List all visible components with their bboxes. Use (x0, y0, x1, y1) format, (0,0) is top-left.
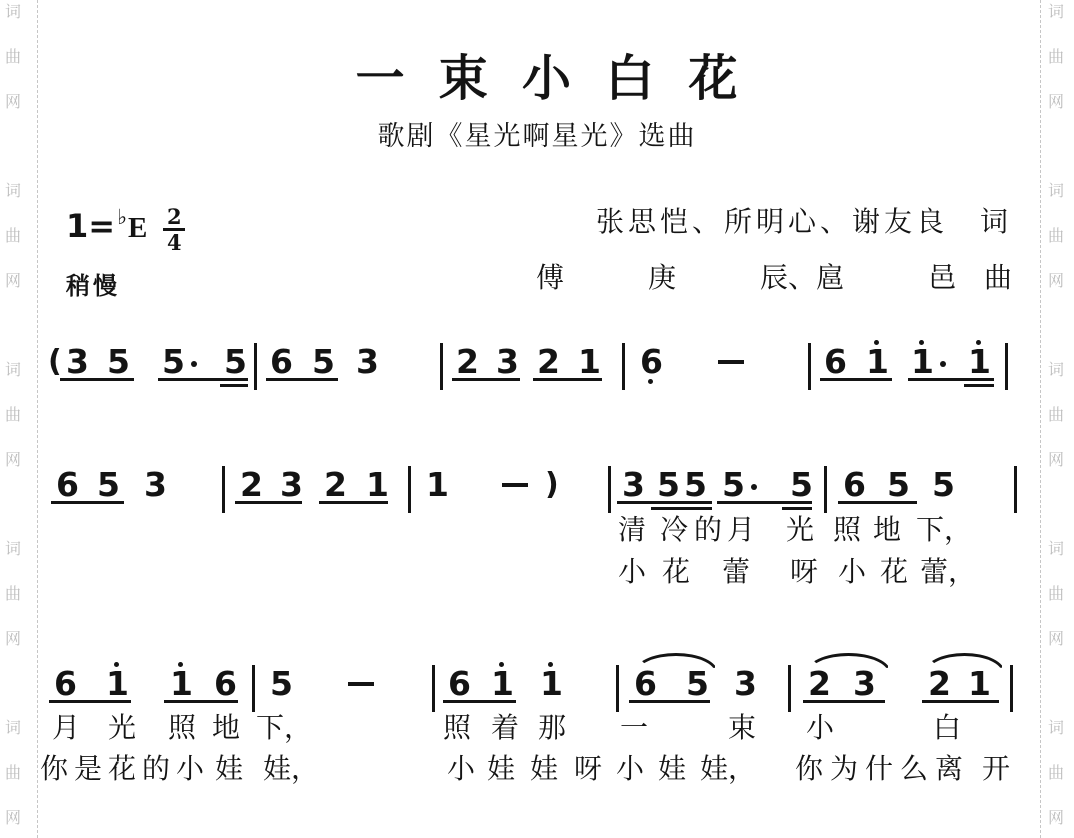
lyric-syllable: 地 (873, 516, 901, 546)
barline (432, 665, 435, 712)
lyric-syllable: 地 (212, 714, 240, 744)
watermark-text: 网 (5, 453, 21, 469)
time-signature: 2 4 (163, 206, 185, 253)
lyric-syllable: 照 (443, 714, 471, 744)
octave-dot-high (178, 662, 183, 667)
barline (808, 343, 811, 390)
credits-block: 张思恺、所明心、谢友良 词 傅 庚 辰、扈 邑 曲 (536, 200, 1012, 296)
duration-dash (502, 483, 528, 487)
lyric-syllable: 开 (982, 755, 1010, 785)
beam-underline (922, 700, 999, 703)
slur-arc (806, 653, 891, 673)
lyric-syllable: 光 (786, 516, 814, 546)
key-prefix: 1= (66, 210, 115, 242)
lyric-syllable: 那 (538, 714, 566, 744)
slur-arc (924, 653, 1005, 673)
lyric-syllable: 蕾 (722, 558, 750, 588)
note-digit: 3 (734, 667, 757, 701)
lyric-syllable: 蕾， (920, 558, 976, 588)
beam-underline (838, 501, 917, 504)
lyric-syllable: 娃 (530, 755, 558, 785)
phrase-paren: ) (545, 468, 559, 502)
lyric-syllable: 你为什么离 (795, 755, 970, 785)
lyric-syllable: 照 (168, 714, 196, 744)
note-digit: 1 (866, 345, 889, 379)
barline (616, 665, 619, 712)
beam-underline (51, 501, 124, 504)
duration-dash (718, 360, 744, 364)
beam-underline (651, 507, 712, 510)
note-digit: 1 (968, 345, 991, 379)
note-digit: 1 (491, 667, 514, 701)
note-digit: 5 (107, 345, 130, 379)
watermark-text: 曲 (1048, 587, 1064, 603)
beam-underline (158, 378, 248, 381)
augmentation-dot (751, 484, 757, 490)
watermark-text: 词 (1048, 184, 1064, 200)
lyric-syllable: 月 (52, 714, 80, 744)
note-digit: 6 (54, 667, 77, 701)
lyric-syllable: 下， (916, 516, 972, 546)
key-signature: 1= ♭ E 2 4 (66, 210, 185, 253)
note-digit: 3 (622, 468, 645, 502)
watermark-text: 网 (1048, 274, 1064, 290)
lyric-syllable: 冷 (660, 516, 688, 546)
octave-dot-high (548, 662, 553, 667)
barline (254, 343, 257, 390)
barline (252, 665, 255, 712)
barline (1005, 343, 1008, 390)
lyric-syllable: 花 (662, 558, 690, 588)
note-digit: 5 (97, 468, 120, 502)
time-signature-numerator: 2 (167, 206, 182, 227)
lyric-syllable: 白 (933, 714, 961, 744)
note-digit: 5 (224, 345, 247, 379)
watermark-text: 曲 (1048, 408, 1064, 424)
note-digit: 5 (684, 468, 707, 502)
beam-underline (266, 378, 338, 381)
note-digit: 6 (824, 345, 847, 379)
note-digit: 3 (356, 345, 379, 379)
note-digit: 3 (496, 345, 519, 379)
beam-underline (452, 378, 520, 381)
octave-dot-high (976, 340, 981, 345)
time-signature-denominator: 4 (167, 232, 182, 253)
beam-underline (164, 700, 238, 703)
key-tonic: E (128, 212, 147, 244)
barline (788, 665, 791, 712)
lyric-syllable: 娃， (263, 755, 319, 785)
watermark-divider (37, 0, 38, 838)
watermark-text: 网 (1048, 811, 1064, 827)
watermark-text: 词 (5, 363, 21, 379)
watermark-text: 网 (1048, 95, 1064, 111)
beam-underline (964, 384, 994, 387)
beam-underline (803, 700, 885, 703)
note-digit: 2 (324, 468, 347, 502)
lyric-syllable: 小 (618, 558, 646, 588)
note-digit: 5 (722, 468, 745, 502)
lyric-syllable: 束 (728, 714, 756, 744)
watermark-text: 曲 (5, 50, 21, 66)
lyric-syllable: 光 (108, 714, 136, 744)
note-digit: 1 (170, 667, 193, 701)
note-digit: 1 (366, 468, 389, 502)
watermark-text: 词 (5, 721, 21, 737)
beam-underline (629, 700, 710, 703)
lyric-syllable: 娃 (215, 755, 243, 785)
lyric-syllable: 一 (620, 714, 648, 744)
note-digit: 1 (106, 667, 129, 701)
song-title: 一 束 小 白 花 (30, 40, 1074, 110)
beam-underline (49, 700, 131, 703)
lyricists-credit: 张思恺、所明心、谢友良 词 (536, 200, 1012, 240)
barline (622, 343, 625, 390)
watermark-divider (1040, 0, 1041, 838)
lyric-syllable: 你是花的小 (40, 755, 210, 785)
barline (440, 343, 443, 390)
note-digit: 6 (214, 667, 237, 701)
note-digit: 6 (56, 468, 79, 502)
note-digit: 2 (456, 345, 479, 379)
note-digit: 2 (240, 468, 263, 502)
note-digit: 1 (540, 667, 563, 701)
note-digit: 3 (66, 345, 89, 379)
lyric-syllable: 小 (838, 558, 866, 588)
lyric-syllable: 呀 (790, 558, 818, 588)
beam-underline (820, 378, 892, 381)
barline (608, 466, 611, 513)
octave-dot-low (648, 379, 653, 384)
note-digit: 6 (448, 667, 471, 701)
lyric-syllable: 下， (256, 714, 312, 744)
lyric-syllable: 娃， (700, 755, 756, 785)
watermark-text: 词 (1048, 542, 1064, 558)
lyric-syllable: 的 (694, 516, 722, 546)
composers-credit: 傅 庚 辰、扈 邑 曲 (536, 256, 1012, 296)
duration-dash (348, 682, 374, 686)
sheet-music-page: 一 束 小 白 花 歌剧《星光啊星光》选曲 1= ♭ E 2 4 稍慢 张思恺、… (0, 0, 1074, 838)
note-digit: 5 (312, 345, 335, 379)
octave-dot-high (114, 662, 119, 667)
lyric-syllable: 小 (616, 755, 644, 785)
barline (1010, 665, 1013, 712)
note-digit: 5 (657, 468, 680, 502)
slur-arc (634, 653, 718, 673)
beam-underline (443, 700, 516, 703)
lyric-syllable: 照 (833, 516, 861, 546)
note-digit: 1 (911, 345, 934, 379)
watermark-text: 曲 (5, 408, 21, 424)
lyric-syllable: 着 (491, 714, 519, 744)
watermark-text: 网 (1048, 453, 1064, 469)
note-digit: 1 (578, 345, 601, 379)
watermark-text: 曲 (5, 229, 21, 245)
watermark-text: 词 (5, 5, 21, 21)
barline (408, 466, 411, 513)
note-digit: 2 (537, 345, 560, 379)
lyric-syllable: 花 (880, 558, 908, 588)
note-digit: 6 (270, 345, 293, 379)
beam-underline (235, 501, 302, 504)
watermark-text: 曲 (5, 766, 21, 782)
watermark-text: 词 (1048, 363, 1064, 379)
lyric-syllable: 娃 (658, 755, 686, 785)
watermark-text: 网 (5, 811, 21, 827)
lyric-syllable: 清 (618, 516, 646, 546)
tempo-marking: 稍慢 (66, 266, 120, 301)
beam-underline (617, 501, 712, 504)
beam-underline (60, 378, 134, 381)
note-digit: 5 (932, 468, 955, 502)
watermark-text: 词 (5, 184, 21, 200)
augmentation-dot (940, 361, 946, 367)
watermark-text: 网 (1048, 632, 1064, 648)
augmentation-dot (191, 361, 197, 367)
note-digit: 6 (843, 468, 866, 502)
note-digit: 5 (790, 468, 813, 502)
beam-underline (717, 501, 812, 504)
lyric-syllable: 呀 (574, 755, 602, 785)
lyric-syllable: 小 (447, 755, 475, 785)
beam-underline (533, 378, 602, 381)
watermark-text: 曲 (5, 587, 21, 603)
note-digit: 6 (640, 345, 663, 379)
octave-dot-high (874, 340, 879, 345)
beam-underline (319, 501, 388, 504)
song-subtitle: 歌剧《星光啊星光》选曲 (0, 114, 1074, 153)
watermark-text: 词 (5, 542, 21, 558)
octave-dot-high (499, 662, 504, 667)
beam-underline (782, 507, 812, 510)
beam-underline (908, 378, 994, 381)
note-digit: 1 (426, 468, 449, 502)
phrase-paren: ( (48, 345, 62, 379)
note-digit: 5 (162, 345, 185, 379)
barline (222, 466, 225, 513)
lyric-syllable: 娃 (487, 755, 515, 785)
lyric-syllable: 月 (727, 516, 755, 546)
flat-icon: ♭ (117, 208, 127, 226)
watermark-text: 网 (5, 274, 21, 290)
beam-underline (220, 384, 248, 387)
note-digit: 3 (280, 468, 303, 502)
note-digit: 5 (887, 468, 910, 502)
barline (1014, 466, 1017, 513)
watermark-text: 曲 (1048, 766, 1064, 782)
watermark-text: 网 (5, 95, 21, 111)
watermark-text: 曲 (1048, 50, 1064, 66)
note-digit: 3 (144, 468, 167, 502)
barline (824, 466, 827, 513)
watermark-text: 网 (5, 632, 21, 648)
watermark-text: 曲 (1048, 229, 1064, 245)
watermark-text: 词 (1048, 721, 1064, 737)
note-digit: 5 (270, 667, 293, 701)
lyric-syllable: 小 (806, 714, 834, 744)
watermark-text: 词 (1048, 5, 1064, 21)
octave-dot-high (919, 340, 924, 345)
